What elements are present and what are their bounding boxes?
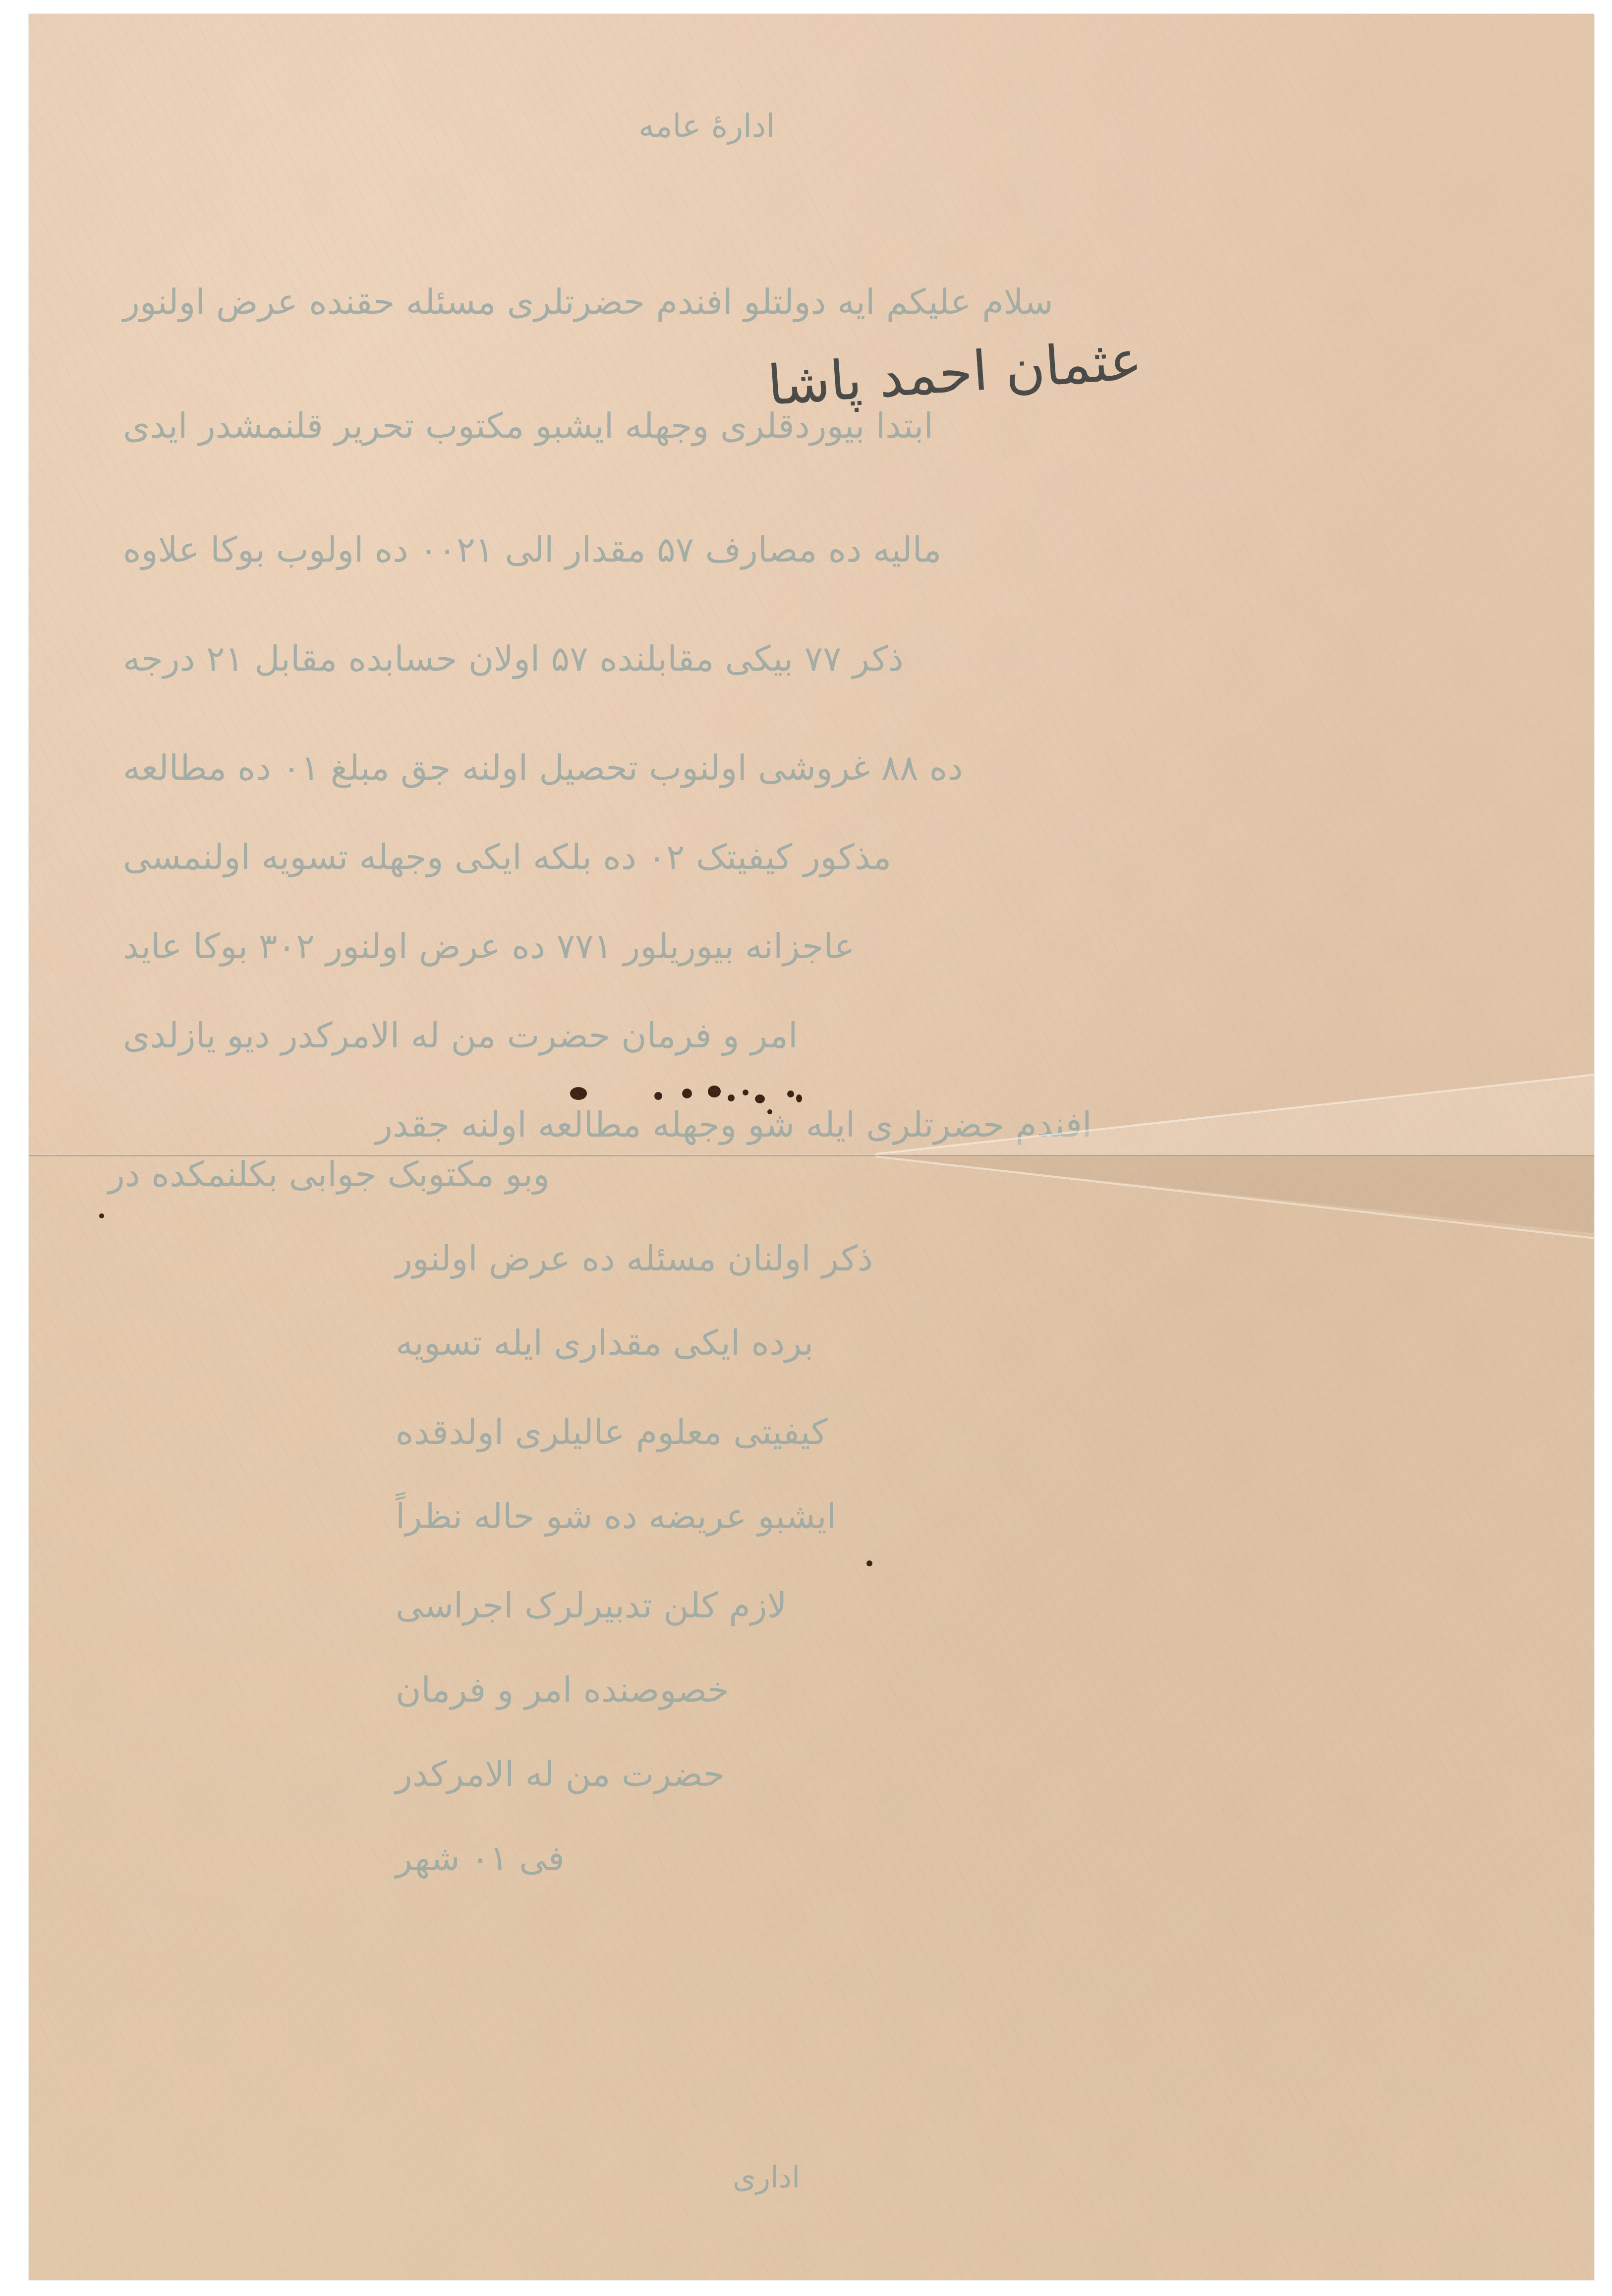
body-line: ایشبو عریضه ده شو حاله نظراً xyxy=(396,1496,836,1537)
ink-spot xyxy=(866,1560,872,1566)
ink-spot xyxy=(570,1087,587,1100)
ink-spot xyxy=(728,1094,735,1101)
body-line: افندم حضرتلری ایله شو وجهله مطالعه اولنه… xyxy=(376,1104,1092,1145)
ink-spot xyxy=(755,1094,765,1103)
signature: عثمان احمد پاشا xyxy=(765,328,1144,417)
body-line: برده ایکی مقداری ایله تسویه xyxy=(396,1322,813,1363)
ink-spot xyxy=(767,1109,772,1114)
body-line: حضرت من له الامرکدر xyxy=(396,1754,725,1794)
ink-spot xyxy=(787,1091,794,1097)
body-line: مذکور کیفیتک ۲۰ ده بلکه ایکی وجهله تسویه… xyxy=(123,837,891,877)
body-line: لازم کلن تدبیرلرک اجراسی xyxy=(396,1585,787,1626)
body-line: وبو مکتوبک جوابی بکلنمکده در xyxy=(108,1154,550,1195)
closing-line: ادارى xyxy=(733,2160,800,2195)
body-line: خصوصنده امر و فرمان xyxy=(396,1669,729,1710)
body-line: ده ۸۸ غروشی اولنوب تحصیل اولنه جق مبلغ ۱… xyxy=(123,747,963,788)
body-line: ذکر اولنان مسئله ده عرض اولنور xyxy=(396,1238,873,1279)
ink-spot xyxy=(796,1094,802,1102)
letter-paper: ادارهٔ عامه عثمان احمد پاشا سلام علیکم ا… xyxy=(29,14,1594,2280)
body-line: سلام علیکم ایه دولتلو افندم حضرتلری مسئل… xyxy=(123,282,1053,322)
letter-header: ادارهٔ عامه xyxy=(638,108,775,145)
body-line: فی ۱۰ شهر xyxy=(396,1838,565,1879)
body-line: عاجزانه بیوریلور ۱۷۷ ده عرض اولنور ۲۰۳ ب… xyxy=(123,926,855,967)
ink-spot xyxy=(682,1089,692,1098)
ink-spot xyxy=(99,1213,104,1218)
body-line: امر و فرمان حضرت من له الامرکدر دیو یازل… xyxy=(123,1015,798,1056)
ink-spot xyxy=(708,1086,721,1097)
ink-spot xyxy=(654,1092,662,1100)
body-line: کیفیتی معلوم عالیلری اولدقده xyxy=(396,1412,827,1452)
body-line: ابتدا بیوردقلری وجهله ایشبو مکتوب تحریر … xyxy=(123,405,933,446)
ink-spot xyxy=(743,1090,748,1095)
body-line: ذکر ۷۷ بیکی مقابلنده ۷۵ اولان حسابده مقا… xyxy=(123,638,904,679)
diagonal-crease xyxy=(875,1045,1594,1283)
body-line: مالیه ده مصارف ۷۵ مقدار الی ۱۲۰۰ ده اولو… xyxy=(123,529,941,570)
